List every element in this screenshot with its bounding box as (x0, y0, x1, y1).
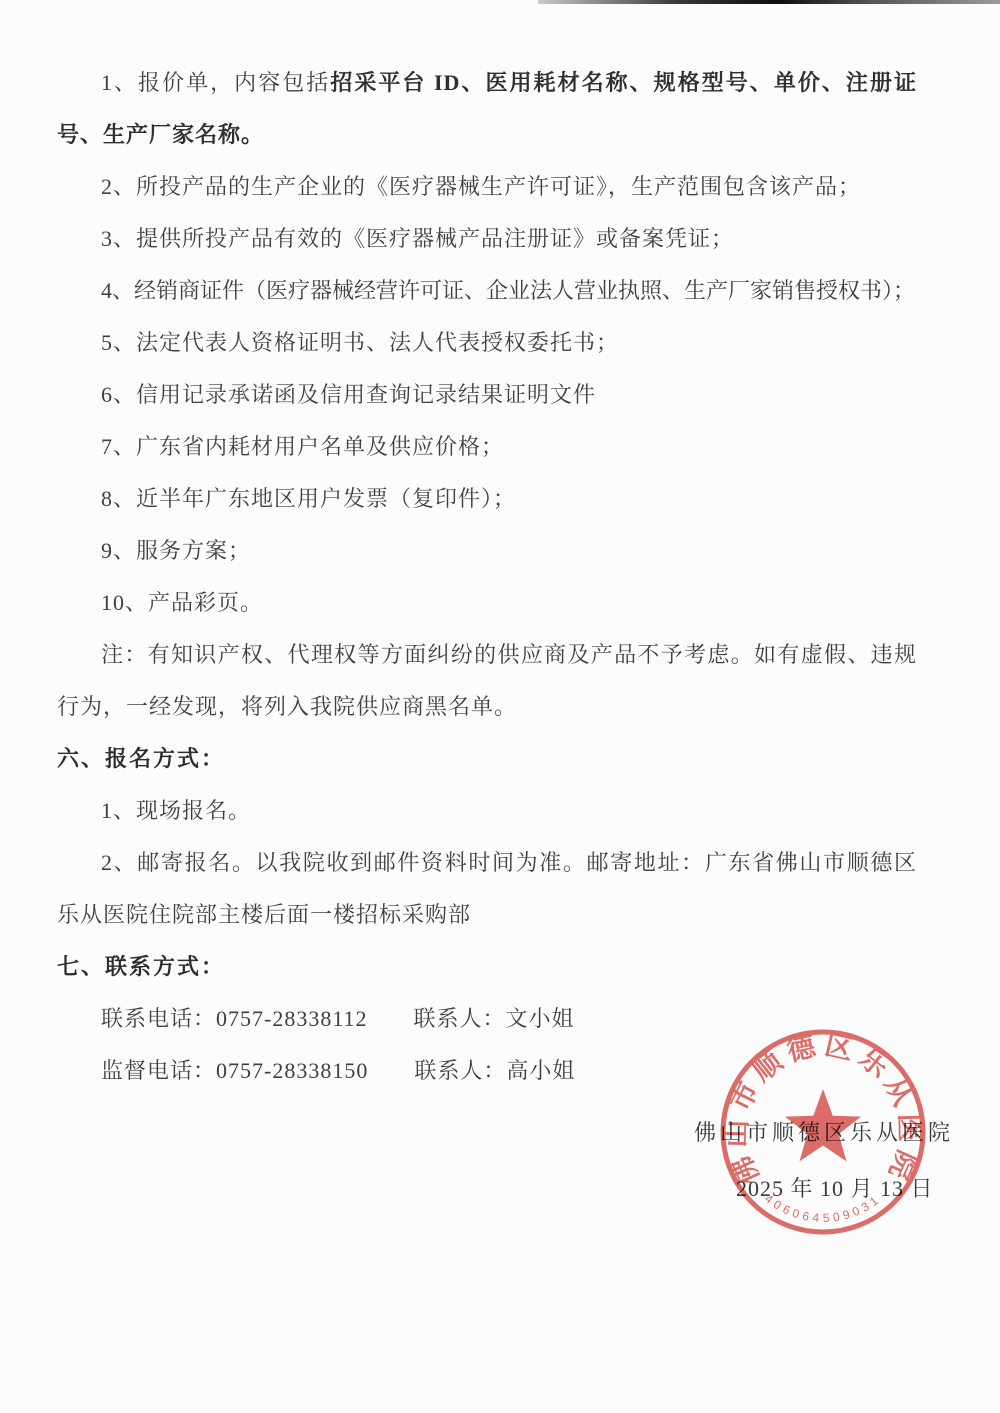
seal-star-icon (785, 1089, 861, 1161)
requirement-item-7: 7、广东省内耗材用户名单及供应价格； (57, 421, 917, 473)
requirement-item-10: 10、产品彩页。 (57, 577, 917, 629)
phone-label: 监督电话： (101, 1058, 216, 1083)
signup-item-mail: 2、邮寄报名。以我院收到邮件资料时间为准。邮寄地址：广东省佛山市顺德区乐从医院住… (57, 837, 917, 941)
requirement-item-2: 2、所投产品的生产企业的《医疗器械生产许可证》，生产范围包含该产品； (57, 161, 917, 213)
scan-artifact-line (538, 0, 1000, 4)
requirement-item-5: 5、法定代表人资格证明书、法人代表授权委托书； (57, 317, 917, 369)
requirement-item-6: 6、信用记录承诺函及信用查询记录结果证明文件 (57, 369, 917, 421)
requirement-item-9: 9、服务方案； (57, 525, 917, 577)
contact-person-label: 联系人： (414, 1058, 506, 1083)
phone-number: 0757-28338112 (216, 1006, 368, 1031)
document-body: 1、报价单，内容包括招采平台 ID、医用耗材名称、规格型号、单价、注册证号、生产… (57, 57, 917, 1097)
requirement-item-4: 4、经销商证件（医疗器械经营许可证、企业法人营业执照、生产厂家销售授权书）； (57, 265, 917, 317)
phone-label: 联系电话： (101, 1006, 216, 1031)
note-paragraph: 注：有知识产权、代理权等方面纠纷的供应商及产品不予考虑。如有虚假、违规行为，一经… (57, 629, 917, 733)
section-heading-contact: 七、联系方式： (57, 941, 917, 993)
phone-number: 0757-28338150 (216, 1058, 368, 1083)
contact-person-label: 联系人： (414, 1006, 506, 1031)
contact-person: 文小姐 (506, 1006, 575, 1031)
requirement-item-1: 1、报价单，内容包括招采平台 ID、医用耗材名称、规格型号、单价、注册证号、生产… (57, 57, 917, 161)
requirement-item-1-regular: 1、报价单，内容包括 (101, 70, 330, 95)
contact-person: 高小姐 (506, 1058, 575, 1083)
requirement-item-8: 8、近半年广东地区用户发票（复印件）； (57, 473, 917, 525)
section-heading-signup: 六、报名方式： (57, 733, 917, 785)
requirement-item-3: 3、提供所投产品有效的《医疗器械产品注册证》或备案凭证； (57, 213, 917, 265)
document-page: 1、报价单，内容包括招采平台 ID、医用耗材名称、规格型号、单价、注册证号、生产… (0, 0, 1000, 1413)
hospital-seal: 佛山市顺德区乐从医院 406064509031 (714, 1023, 932, 1241)
signup-item-onsite: 1、现场报名。 (57, 785, 917, 837)
